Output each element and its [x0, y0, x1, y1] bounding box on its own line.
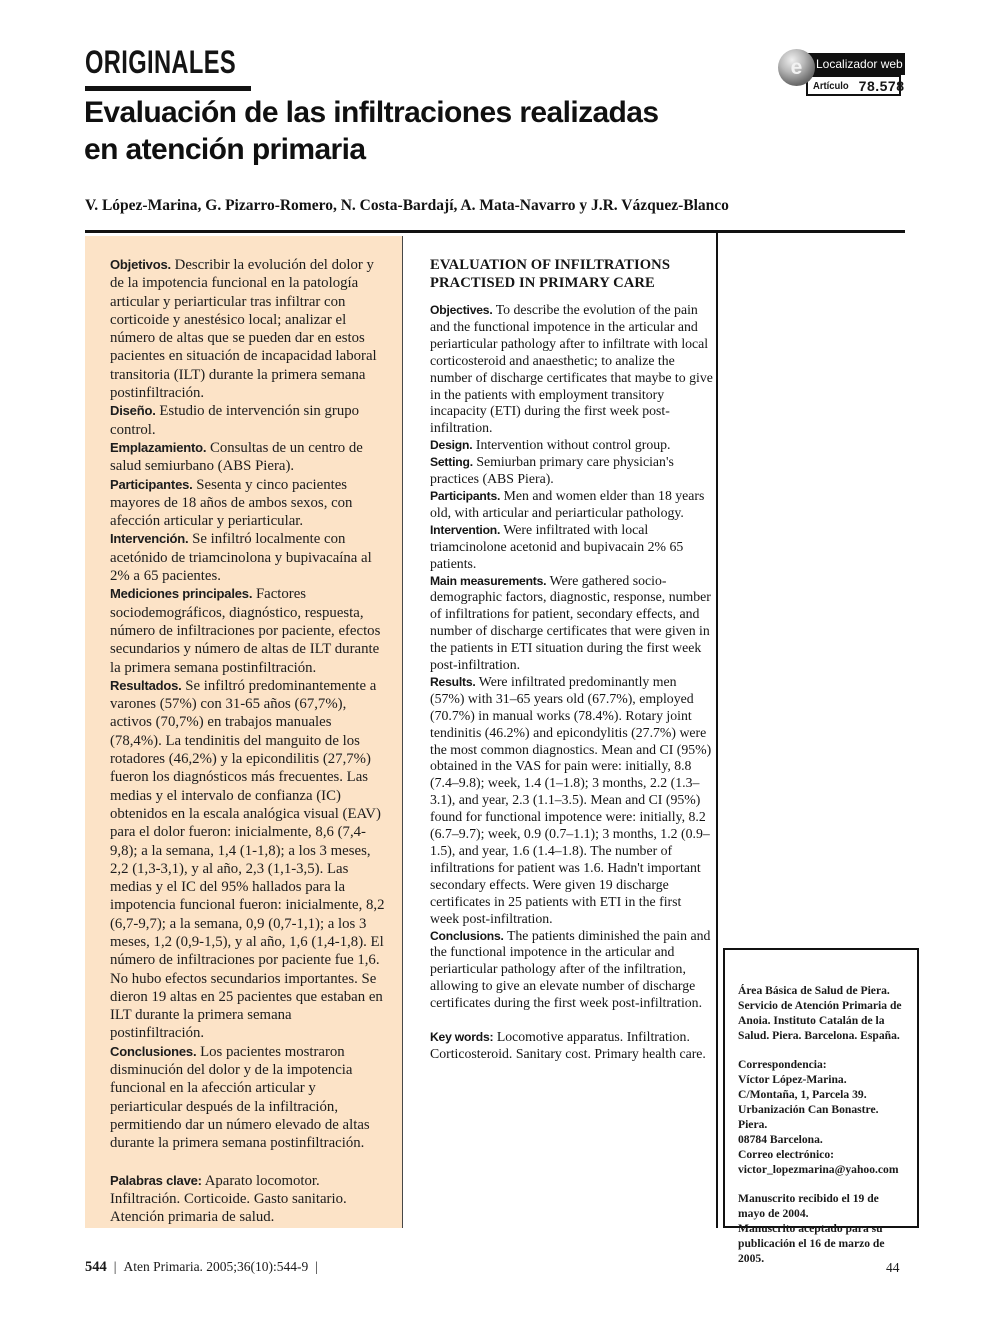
- correspondence-box: Área Básica de Salud de Piera. Servicio …: [723, 948, 919, 1228]
- section-label: Participants.: [430, 489, 500, 503]
- section-label: Conclusiones.: [110, 1044, 196, 1059]
- abstract-section-main-measurements: Main measurements. Were gathered socio-d…: [430, 573, 713, 674]
- article-page: ORIGINALES e Localizador web Artículo 78…: [0, 0, 987, 1318]
- footer-separator: |: [308, 1259, 325, 1274]
- section-label: Intervención.: [110, 531, 188, 546]
- section-label: Palabras clave:: [110, 1173, 202, 1188]
- web-locator-label: Localizador web: [806, 53, 905, 75]
- english-title-line2: PRACTISED IN PRIMARY CARE: [430, 275, 655, 291]
- article-label: Artículo: [813, 80, 849, 92]
- section-label: Objetivos.: [110, 257, 171, 272]
- abstract-section-objectives: Objectives. To describe the evolution of…: [430, 302, 713, 437]
- abstract-keywords: Key words: Locomotive apparatus. Infiltr…: [430, 1029, 713, 1063]
- section-label: Emplazamiento.: [110, 440, 206, 455]
- abstract-section-resultados: Resultados. Se infiltró predominantement…: [110, 677, 386, 1043]
- section-kicker: ORIGINALES: [85, 44, 236, 81]
- english-title: EVALUATION OF INFILTRATIONS PRACTISED IN…: [430, 256, 713, 292]
- correspondence-name: Víctor López-Marina.: [738, 1072, 907, 1087]
- abstract-section-participantes: Participantes. Sesenta y cinco pacientes…: [110, 476, 386, 531]
- article-number: 78.578: [859, 78, 905, 94]
- affiliation-text: Área Básica de Salud de Piera. Servicio …: [738, 983, 907, 1043]
- email-label: Correo electrónico:: [738, 1147, 907, 1162]
- manuscript-received: Manuscrito recibido el 19 de mayo de 200…: [738, 1191, 907, 1221]
- footer-separator: |: [107, 1259, 124, 1274]
- article-title-line2: en atención primaria: [84, 133, 365, 166]
- section-label: Key words:: [430, 1030, 493, 1044]
- abstract-section-intervention: Intervention. Were infiltrated with loca…: [430, 522, 713, 573]
- e-logo-letter: e: [791, 56, 803, 80]
- abstract-section-mediciones: Mediciones principales. Factores sociode…: [110, 585, 386, 676]
- section-label: Conclusions.: [430, 929, 504, 943]
- section-label: Objectives.: [430, 303, 493, 317]
- abstract-section-diseno: Diseño. Estudio de intervención sin grup…: [110, 402, 386, 439]
- section-text: Were infiltrated predominantly men (57%)…: [430, 674, 711, 926]
- abstract-section-intervencion: Intervención. Se infiltró localmente con…: [110, 530, 386, 585]
- correspondence-city: 08784 Barcelona.: [738, 1132, 907, 1147]
- abstract-section-emplazamiento: Emplazamiento. Consultas de un centro de…: [110, 439, 386, 476]
- column-divider-rule: [716, 230, 718, 1228]
- section-text: Describir la evolución del dolor y de la…: [110, 257, 377, 401]
- section-label: Design.: [430, 438, 472, 452]
- section-label: Intervention.: [430, 523, 500, 537]
- page-number-right: 44: [886, 1260, 900, 1276]
- correspondence-label: Correspondencia:: [738, 1057, 907, 1072]
- section-label: Results.: [430, 675, 476, 689]
- section-text: To describe the evolution of the pain an…: [430, 302, 713, 435]
- section-text: Intervention without control group.: [476, 437, 671, 452]
- abstract-section-setting: Setting. Semiurban primary care physicia…: [430, 454, 713, 488]
- spanish-abstract-box: Objetivos. Describir la evolución del do…: [85, 236, 403, 1228]
- email-address: victor_lopezmarina@yahoo.com: [738, 1162, 907, 1177]
- abstract-section-results: Results. Were infiltrated predominantly …: [430, 674, 713, 928]
- section-text: Se infiltró predominantemente a varones …: [110, 678, 384, 1042]
- section-label: Resultados.: [110, 678, 182, 693]
- section-label: Main measurements.: [430, 574, 546, 588]
- manuscript-accepted: Manuscrito aceptado para su publicación …: [738, 1221, 907, 1266]
- correspondence-urbanization: Urbanización Can Bonastre. Piera.: [738, 1102, 907, 1132]
- english-abstract-column: EVALUATION OF INFILTRATIONS PRACTISED IN…: [430, 256, 713, 1063]
- section-label: Participantes.: [110, 477, 193, 492]
- header-rule: [85, 230, 905, 233]
- footer-citation: 544|Aten Primaria. 2005;36(10):544-9|: [85, 1259, 325, 1276]
- article-title: Evaluación de las infiltraciones realiza…: [84, 94, 658, 168]
- abstract-section-design: Design. Intervention without control gro…: [430, 437, 713, 454]
- abstract-keywords: Palabras clave: Aparato locomotor. Infil…: [110, 1172, 386, 1227]
- correspondence-street: C/Montaña, 1, Parcela 39.: [738, 1087, 907, 1102]
- footer-page-number: 544: [85, 1259, 107, 1275]
- article-title-line1: Evaluación de las infiltraciones realiza…: [84, 96, 658, 129]
- abstract-section-objetivos: Objetivos. Describir la evolución del do…: [110, 256, 386, 402]
- article-number-box: Artículo 78.578: [806, 75, 901, 96]
- e-logo-icon: e: [778, 49, 815, 86]
- section-label: Diseño.: [110, 403, 156, 418]
- abstract-section-participants: Participants. Men and women elder than 1…: [430, 488, 713, 522]
- english-title-line1: EVALUATION OF INFILTRATIONS: [430, 257, 670, 273]
- kicker-underline: [85, 86, 251, 91]
- section-label: Mediciones principales.: [110, 586, 252, 601]
- authors-line: V. López-Marina, G. Pizarro-Romero, N. C…: [85, 197, 729, 215]
- abstract-section-conclusions: Conclusions. The patients diminished the…: [430, 928, 713, 1013]
- abstract-section-conclusiones: Conclusiones. Los pacientes mostraron di…: [110, 1043, 386, 1153]
- footer-journal-citation: Aten Primaria. 2005;36(10):544-9: [123, 1259, 308, 1274]
- section-label: Setting.: [430, 455, 473, 469]
- section-text: Los pacientes mostraron disminución del …: [110, 1044, 370, 1151]
